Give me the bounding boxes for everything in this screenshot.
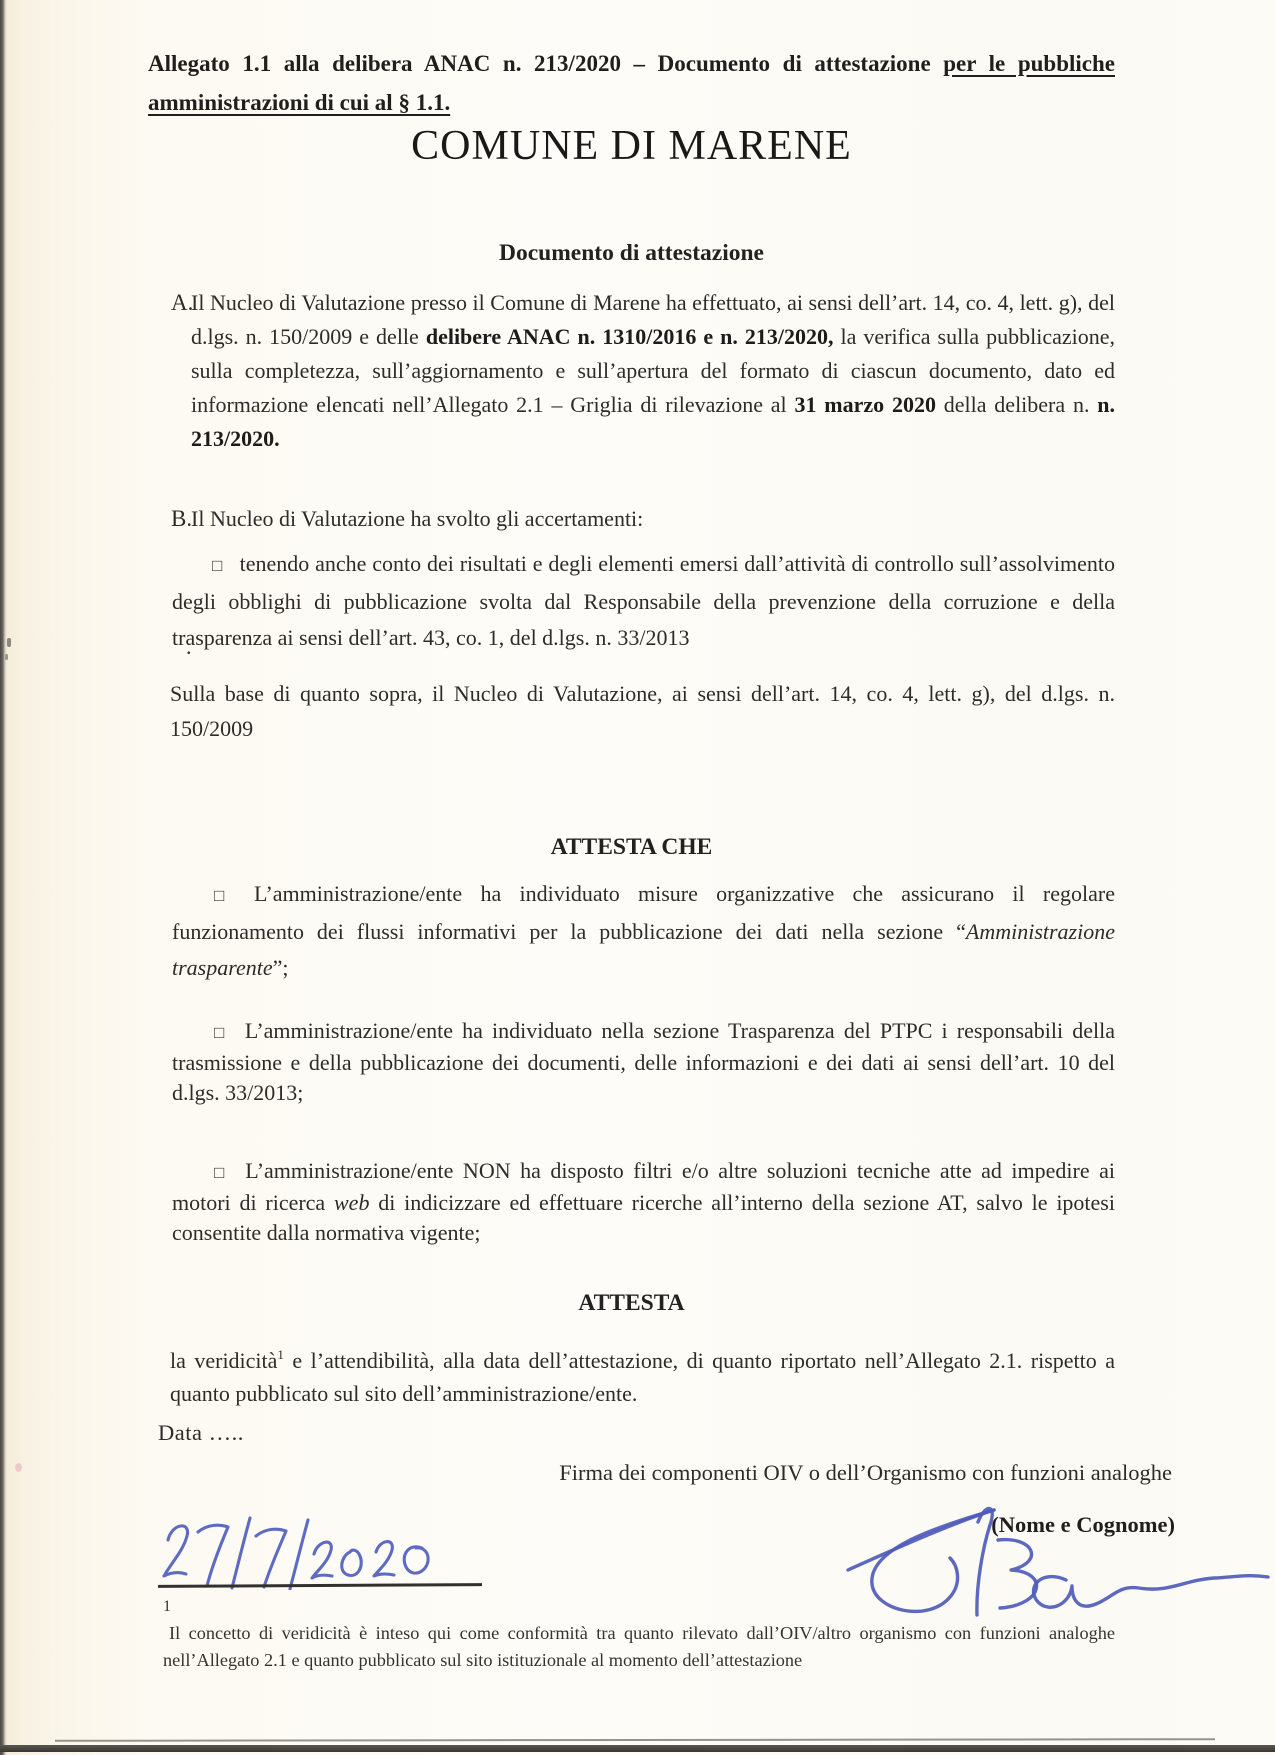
list-item-b-text: Il Nucleo di Valutazione ha svolto gli a… [191, 502, 1115, 536]
header-prefix: Allegato 1.1 alla delibera ANAC n. 213/2… [148, 51, 943, 76]
page-title: COMUNE DI MARENE [148, 122, 1115, 170]
attesta-3-italic: web [334, 1190, 369, 1215]
data-label: Data ….. [158, 1420, 244, 1446]
item-a-text-3: della delibera n. [936, 392, 1097, 417]
list-item-a: A. Il Nucleo di Valutazione presso il Co… [168, 286, 1115, 456]
checkbox-icon: □ [214, 1163, 228, 1182]
sulla-base-paragraph: Sulla base di quanto sopra, il Nucleo di… [170, 676, 1115, 746]
attesta-che-item-3: □L’amministrazione/ente NON ha disposto … [172, 1156, 1115, 1248]
list-item-a-text: Il Nucleo di Valutazione presso il Comun… [191, 286, 1115, 456]
attesta-che-item-2: □L’amministrazione/ente ha individuato n… [172, 1016, 1115, 1108]
document-header: Allegato 1.1 alla delibera ANAC n. 213/2… [148, 44, 1115, 122]
firma-caption: Firma dei componenti OIV o dell’Organism… [172, 1460, 1172, 1486]
footnote-text: Il concetto di veridicità è inteso qui c… [163, 1620, 1115, 1673]
attestation-heading: Documento di attestazione [148, 240, 1115, 267]
footnote-marker: 1 [163, 1598, 171, 1616]
signature-ink [828, 1492, 1275, 1632]
attesta-che-item-1: □L’amministrazione/ente ha individuato m… [172, 876, 1115, 986]
checkbox-paragraph-b-text: tenendo anche conto dei risultati e degl… [172, 551, 1115, 650]
scanned-document-page: Allegato 1.1 alla delibera ANAC n. 213/2… [0, 0, 1275, 1755]
scan-edge-bottom-light [55, 1738, 1215, 1742]
handwritten-date-ink [150, 1512, 450, 1590]
list-item-b-label: B. [171, 502, 192, 536]
attesta-1-text-2: ”; [273, 955, 289, 980]
checkbox-icon: □ [214, 1023, 228, 1042]
stray-period: . [186, 634, 192, 660]
checkbox-icon: □ [212, 556, 223, 575]
scan-speck [7, 638, 11, 647]
attesta-che-heading: ATTESTA CHE [148, 834, 1115, 861]
item-a-bold-1: delibere ANAC n. 1310/2016 e n. 213/2020… [426, 324, 834, 349]
list-item-a-label: A. [171, 286, 193, 320]
attesta-heading: ATTESTA [148, 1290, 1115, 1317]
list-item-b: B. Il Nucleo di Valutazione ha svolto gl… [168, 502, 1115, 536]
item-a-bold-2: 31 marzo 2020 [794, 392, 935, 417]
veridicita-text-1: la veridicità [170, 1348, 277, 1373]
checkbox-paragraph-b: □tenendo anche conto dei risultati e deg… [172, 546, 1115, 656]
scan-edge-left [0, 0, 7, 1755]
checkbox-icon: □ [214, 886, 237, 905]
attesta-2-text: L’amministrazione/ente ha individuato ne… [172, 1018, 1115, 1105]
scan-edge-bottom [0, 1745, 1275, 1752]
scan-speck-pink [15, 1463, 22, 1472]
veridicita-paragraph: la veridicità1 e l’attendibilità, alla d… [170, 1338, 1115, 1410]
scan-speck [5, 654, 8, 660]
veridicita-text-2: e l’attendibilità, alla data dell’attest… [170, 1348, 1115, 1406]
